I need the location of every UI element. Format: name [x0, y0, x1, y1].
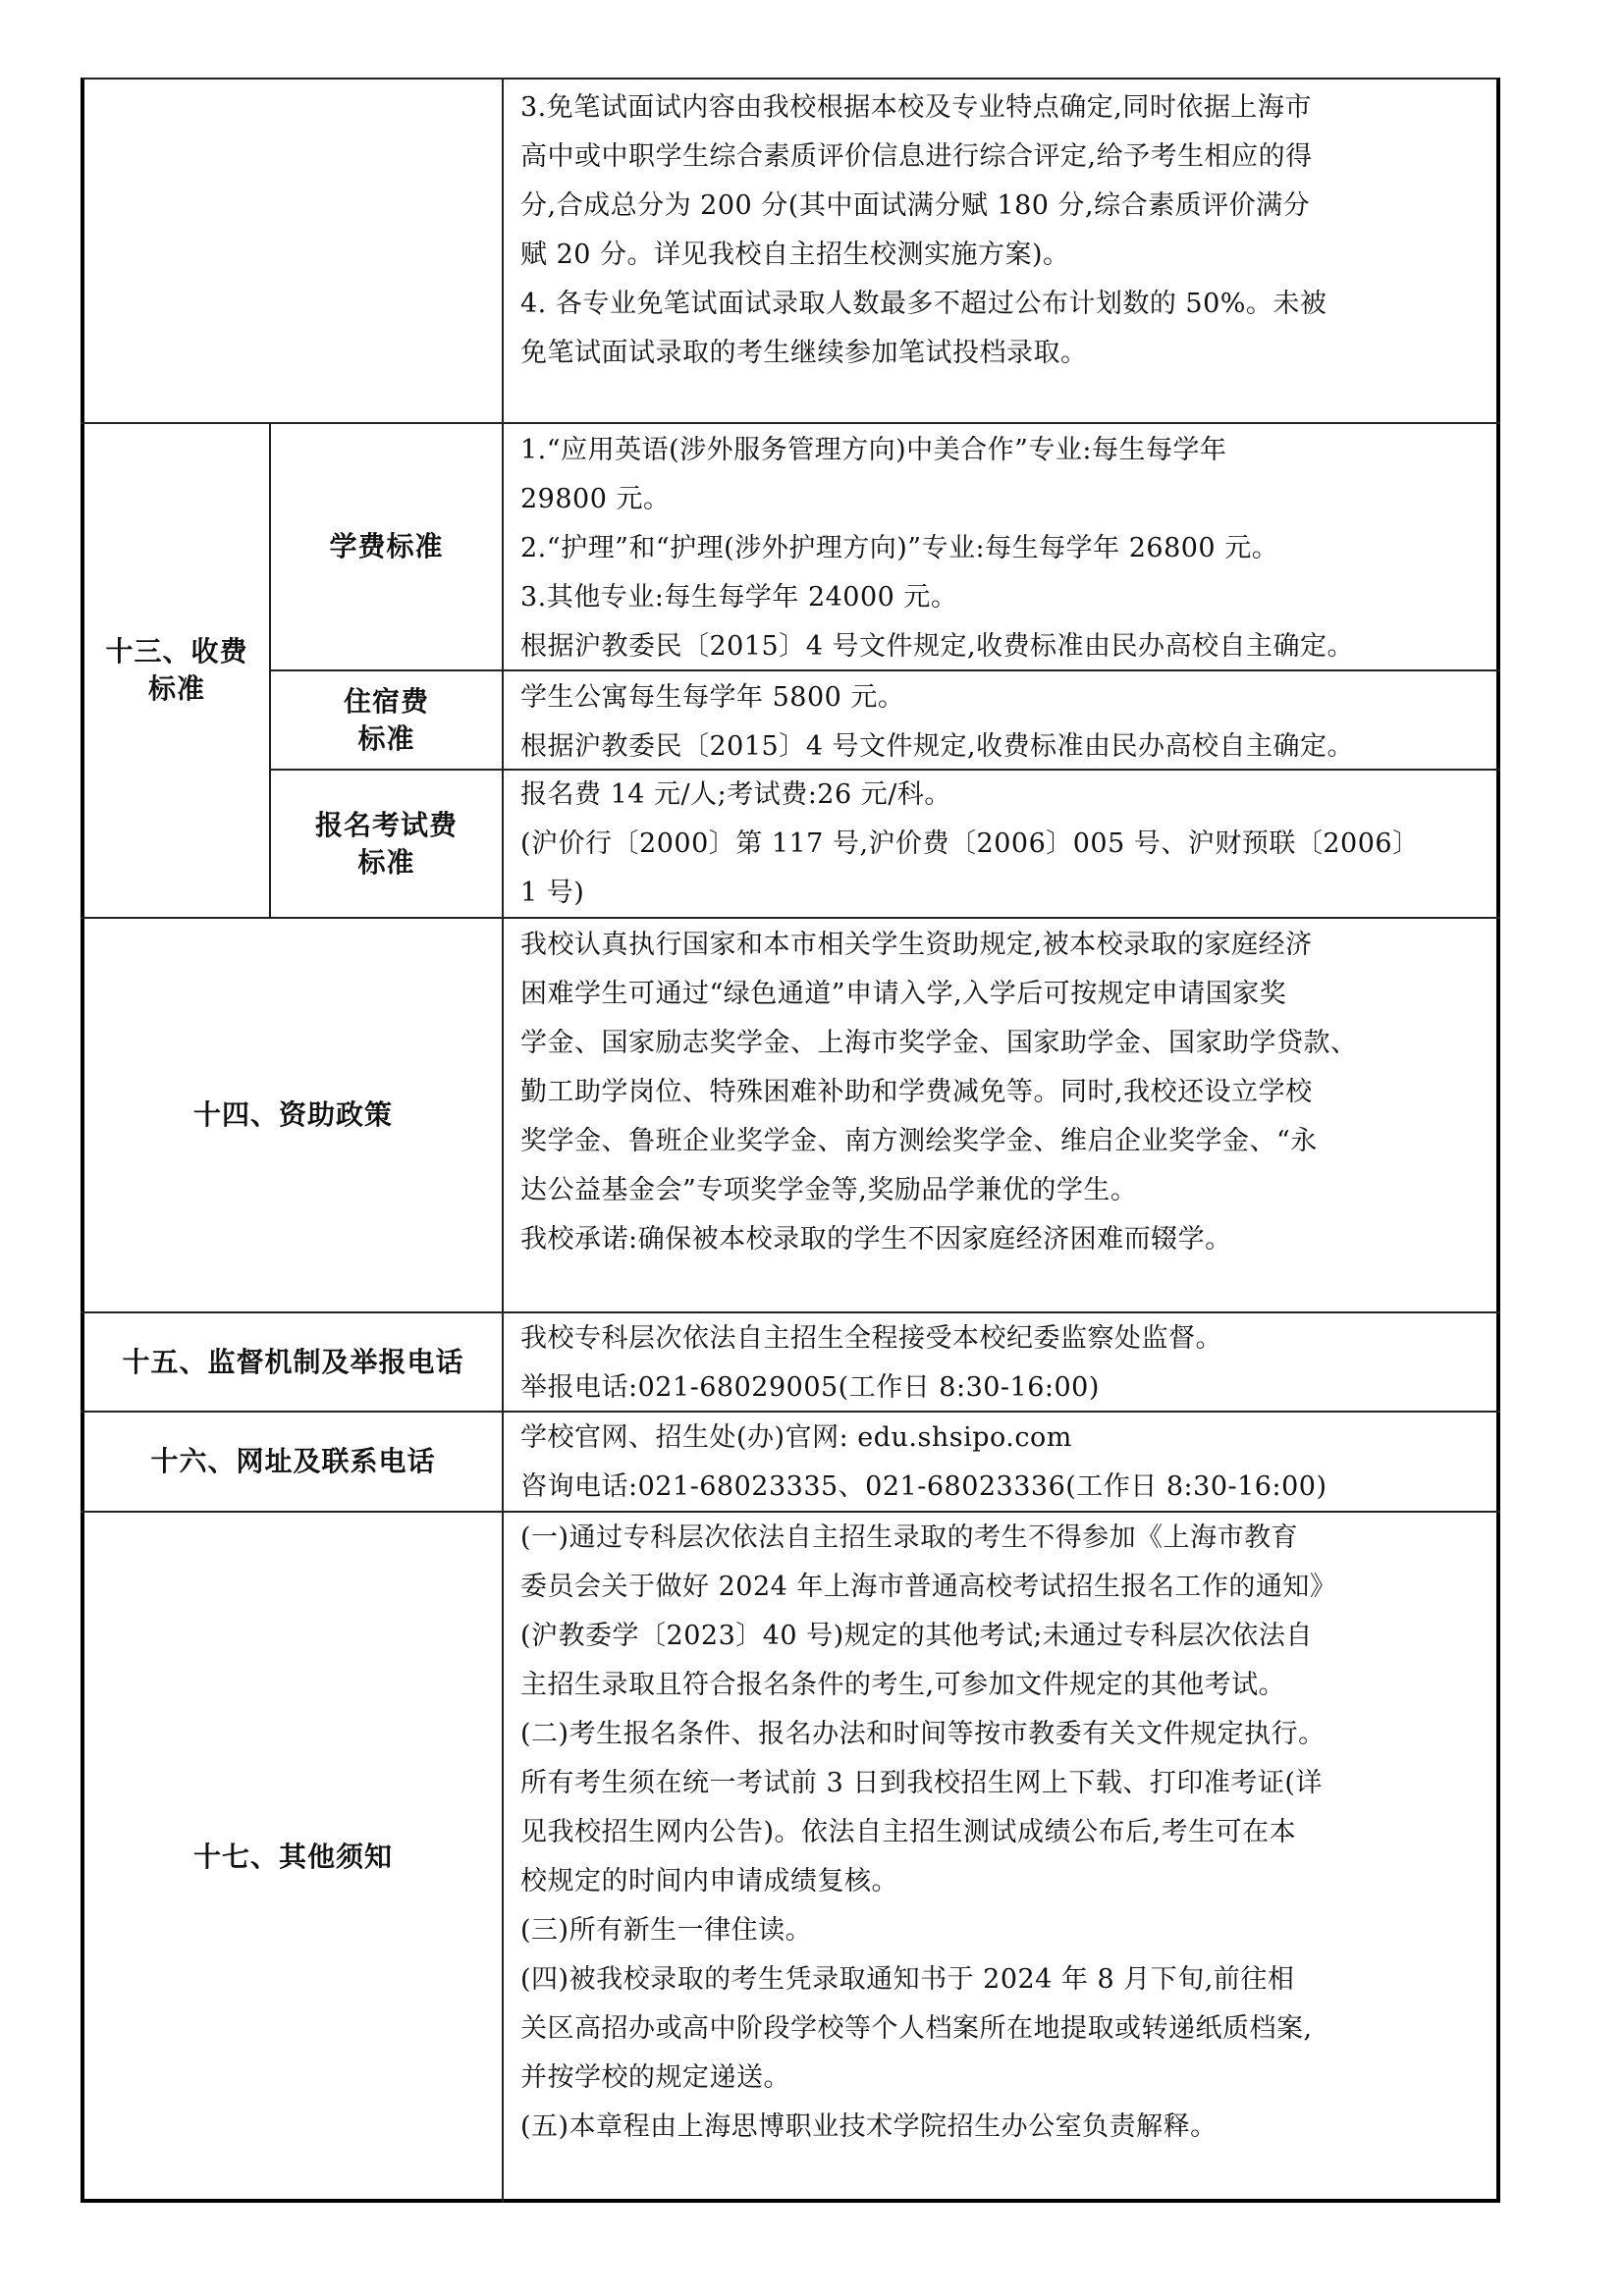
label-line: 标准 — [357, 844, 414, 881]
text-line: 学金、国家励志奖学金、上海市奖学金、国家助学金、国家助学贷款、 — [520, 1019, 1492, 1068]
text-line: 我校专科层次依法自主招生全程接受本校纪委监察处监督。 — [520, 1314, 1492, 1363]
exam-fee-label: 报名考试费 标准 — [271, 770, 502, 918]
text-line: 4. 各专业免笔试面试录取人数最多不超过公布计划数的 50%。未被 — [520, 280, 1492, 329]
text-line: 根据沪教委民〔2015〕4 号文件规定,收费标准由民办高校自主确定。 — [520, 722, 1492, 772]
text-line: 困难学生可通过“绿色通道”申请入学,入学后可按规定申请国家奖 — [520, 970, 1492, 1019]
tuition-label: 学费标准 — [271, 423, 502, 670]
row-17-label: 十七、其他须知 — [84, 1512, 502, 2203]
text-line: 1.“应用英语(涉外服务管理方向)中美合作”专业:每生每学年 — [520, 426, 1492, 475]
text-line: (沪价行〔2000〕第 117 号,沪价费〔2006〕005 号、沪财预联〔20… — [520, 820, 1492, 869]
label-text: 学费标准 — [329, 528, 443, 565]
text-line: 举报电话:021-68029005(工作日 8:30-16:00) — [520, 1363, 1492, 1413]
row-16-label: 十六、网址及联系电话 — [84, 1412, 502, 1512]
text-line: 报名费 14 元/人;考试费:26 元/科。 — [520, 771, 1492, 820]
document-page: 3.免笔试面试内容由我校根据本校及专业特点确定,同时依据上海市 高中或中职学生综… — [0, 0, 1624, 2296]
text-line: (沪教委学〔2023〕40 号)规定的其他考试;未通过专科层次依法自 — [520, 1612, 1492, 1661]
column-divider — [502, 78, 504, 2203]
row-14-content: 我校认真执行国家和本市相关学生资助规定,被本校录取的家庭经济 困难学生可通过“绿… — [520, 921, 1492, 1264]
label-line: 标准 — [357, 721, 414, 758]
text-line: 达公益基金会”专项奖学金等,奖励品学兼优的学生。 — [520, 1166, 1492, 1215]
label-line: 标准 — [148, 670, 205, 708]
text-line: (四)被我校录取的考生凭录取通知书于 2024 年 8 月下旬,前往相 — [520, 1955, 1492, 2004]
label-text: 十六、网址及联系电话 — [150, 1443, 435, 1480]
text-line: 校规定的时间内申请成绩复核。 — [520, 1857, 1492, 1906]
accommodation-label: 住宿费 标准 — [271, 670, 502, 770]
row-15-content: 我校专科层次依法自主招生全程接受本校纪委监察处监督。 举报电话:021-6802… — [520, 1314, 1492, 1413]
accommodation-content: 学生公寓每生每学年 5800 元。 根据沪教委民〔2015〕4 号文件规定,收费… — [520, 673, 1492, 772]
text-line: (五)本章程由上海思博职业技术学院招生办公室负责解释。 — [520, 2103, 1492, 2152]
label-text: 十五、监督机制及举报电话 — [122, 1344, 463, 1381]
row-16-content: 学校官网、招生处(办)官网: edu.shsipo.com 咨询电话:021-6… — [520, 1414, 1492, 1512]
label-line: 十三、收费 — [105, 633, 247, 670]
text-line: 3.其他专业:每生每学年 24000 元。 — [520, 573, 1492, 622]
text-line: 赋 20 分。详见我校自主招生校测实施方案)。 — [520, 231, 1492, 280]
text-line: 主招生录取且符合报名条件的考生,可参加文件规定的其他考试。 — [520, 1661, 1492, 1710]
text-line: 关区高招办或高中阶段学校等个人档案所在地提取或转递纸质档案, — [520, 2004, 1492, 2054]
text-line: 高中或中职学生综合素质评价信息进行综合评定,给予考生相应的得 — [520, 133, 1492, 182]
text-line: 2.“护理”和“护理(涉外护理方向)”专业:每生每学年 26800 元。 — [520, 524, 1492, 573]
text-line: 学校官网、招生处(办)官网: edu.shsipo.com — [520, 1414, 1492, 1463]
text-line: 咨询电话:021-68023335、021-68023336(工作日 8:30-… — [520, 1463, 1492, 1512]
text-line: 根据沪教委民〔2015〕4 号文件规定,收费标准由民办高校自主确定。 — [520, 622, 1492, 671]
text-line: 我校认真执行国家和本市相关学生资助规定,被本校录取的家庭经济 — [520, 921, 1492, 970]
row-17-content: (一)通过专科层次依法自主招生录取的考生不得参加《上海市教育 委员会关于做好 2… — [520, 1514, 1492, 2152]
exam-fee-content: 报名费 14 元/人;考试费:26 元/科。 (沪价行〔2000〕第 117 号… — [520, 771, 1492, 918]
row-15-label: 十五、监督机制及举报电话 — [84, 1312, 502, 1412]
label-text: 十七、其他须知 — [193, 1839, 393, 1876]
row-12-content: 3.免笔试面试内容由我校根据本校及专业特点确定,同时依据上海市 高中或中职学生综… — [520, 83, 1492, 378]
label-line: 住宿费 — [344, 683, 429, 721]
text-line: (二)考生报名条件、报名办法和时间等按市教委有关文件规定执行。 — [520, 1710, 1492, 1759]
label-text: 十四、资助政策 — [193, 1096, 393, 1134]
row-14-label: 十四、资助政策 — [84, 918, 502, 1312]
text-line: 免笔试面试录取的考生继续参加笔试投档录取。 — [520, 329, 1492, 378]
text-line: (三)所有新生一律住读。 — [520, 1906, 1492, 1955]
text-line: 所有考生须在统一考试前 3 日到我校招生网上下载、打印准考证(详 — [520, 1759, 1492, 1808]
text-line: 并按学校的规定递送。 — [520, 2054, 1492, 2103]
text-line: 见我校招生网内公告)。依法自主招生测试成绩公布后,考生可在本 — [520, 1808, 1492, 1857]
tuition-content: 1.“应用英语(涉外服务管理方向)中美合作”专业:每生每学年 29800 元。 … — [520, 426, 1492, 671]
text-line: (一)通过专科层次依法自主招生录取的考生不得参加《上海市教育 — [520, 1514, 1492, 1563]
label-line: 报名考试费 — [315, 807, 458, 844]
row-13-label: 十三、收费 标准 — [84, 423, 269, 918]
text-line: 1 号) — [520, 869, 1492, 918]
text-line: 学生公寓每生每学年 5800 元。 — [520, 673, 1492, 722]
text-line: 3.免笔试面试内容由我校根据本校及专业特点确定,同时依据上海市 — [520, 83, 1492, 133]
text-line: 分,合成总分为 200 分(其中面试满分赋 180 分,综合素质评价满分 — [520, 182, 1492, 231]
text-line: 我校承诺:确保被本校录取的学生不因家庭经济困难而辍学。 — [520, 1215, 1492, 1264]
text-line: 勤工助学岗位、特殊困难补助和学费减免等。同时,我校还设立学校 — [520, 1068, 1492, 1117]
text-line: 奖学金、鲁班企业奖学金、南方测绘奖学金、维启企业奖学金、“永 — [520, 1117, 1492, 1166]
text-line: 29800 元。 — [520, 475, 1492, 524]
text-line: 委员会关于做好 2024 年上海市普通高校考试招生报名工作的通知》 — [520, 1563, 1492, 1612]
